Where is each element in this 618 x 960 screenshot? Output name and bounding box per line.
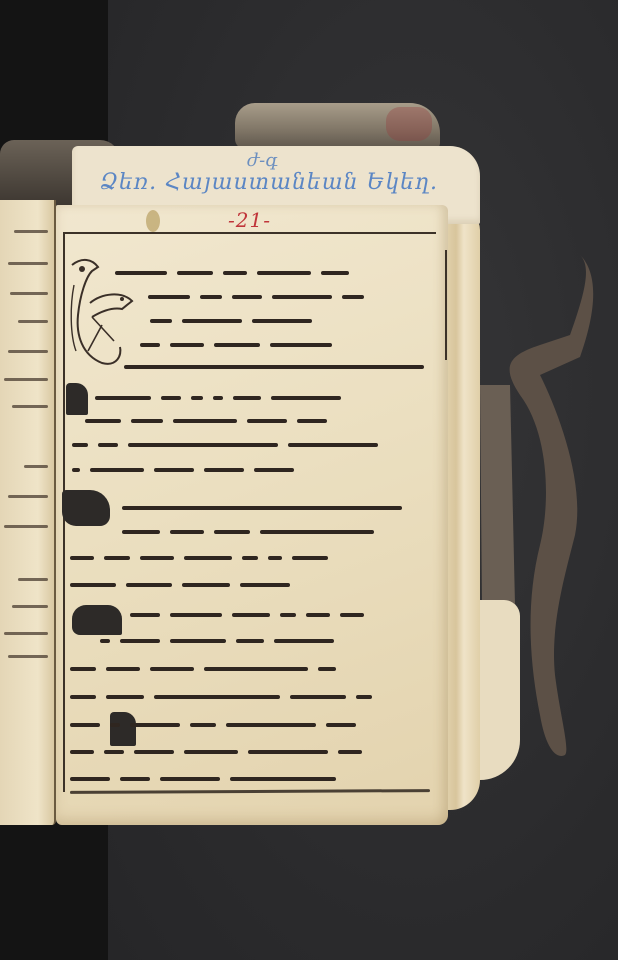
text-line: [150, 306, 322, 322]
page-frame-top: [64, 232, 436, 234]
text-line: [124, 352, 434, 368]
text-line: [70, 682, 382, 698]
text-line: [122, 493, 412, 509]
text-line: [100, 626, 344, 642]
text-line: [70, 737, 372, 753]
text-line: [122, 517, 384, 533]
page-number: -21-: [228, 208, 271, 232]
text-line: [95, 383, 351, 399]
text-line: [85, 406, 337, 422]
text-line: [70, 654, 346, 670]
text-line: [70, 543, 338, 559]
text-line: [70, 710, 366, 726]
bark-fragment-top: [235, 103, 440, 149]
text-line: [72, 430, 388, 446]
text-line: [148, 282, 374, 298]
text-line: [70, 764, 346, 780]
text-line: [70, 570, 300, 586]
initial-letter-2: [62, 490, 110, 526]
left-facing-page: [0, 200, 56, 825]
label-slip-line1: ժ-գ: [247, 150, 278, 171]
label-slip-line2: Ձեռ. Հայաստանեան Եկեղ.: [100, 170, 438, 195]
text-line: [140, 330, 342, 346]
paper-stain: [146, 210, 160, 232]
text-line: [115, 258, 359, 274]
text-line: [72, 455, 304, 471]
page-frame-right: [445, 250, 447, 360]
text-line: [130, 600, 374, 616]
